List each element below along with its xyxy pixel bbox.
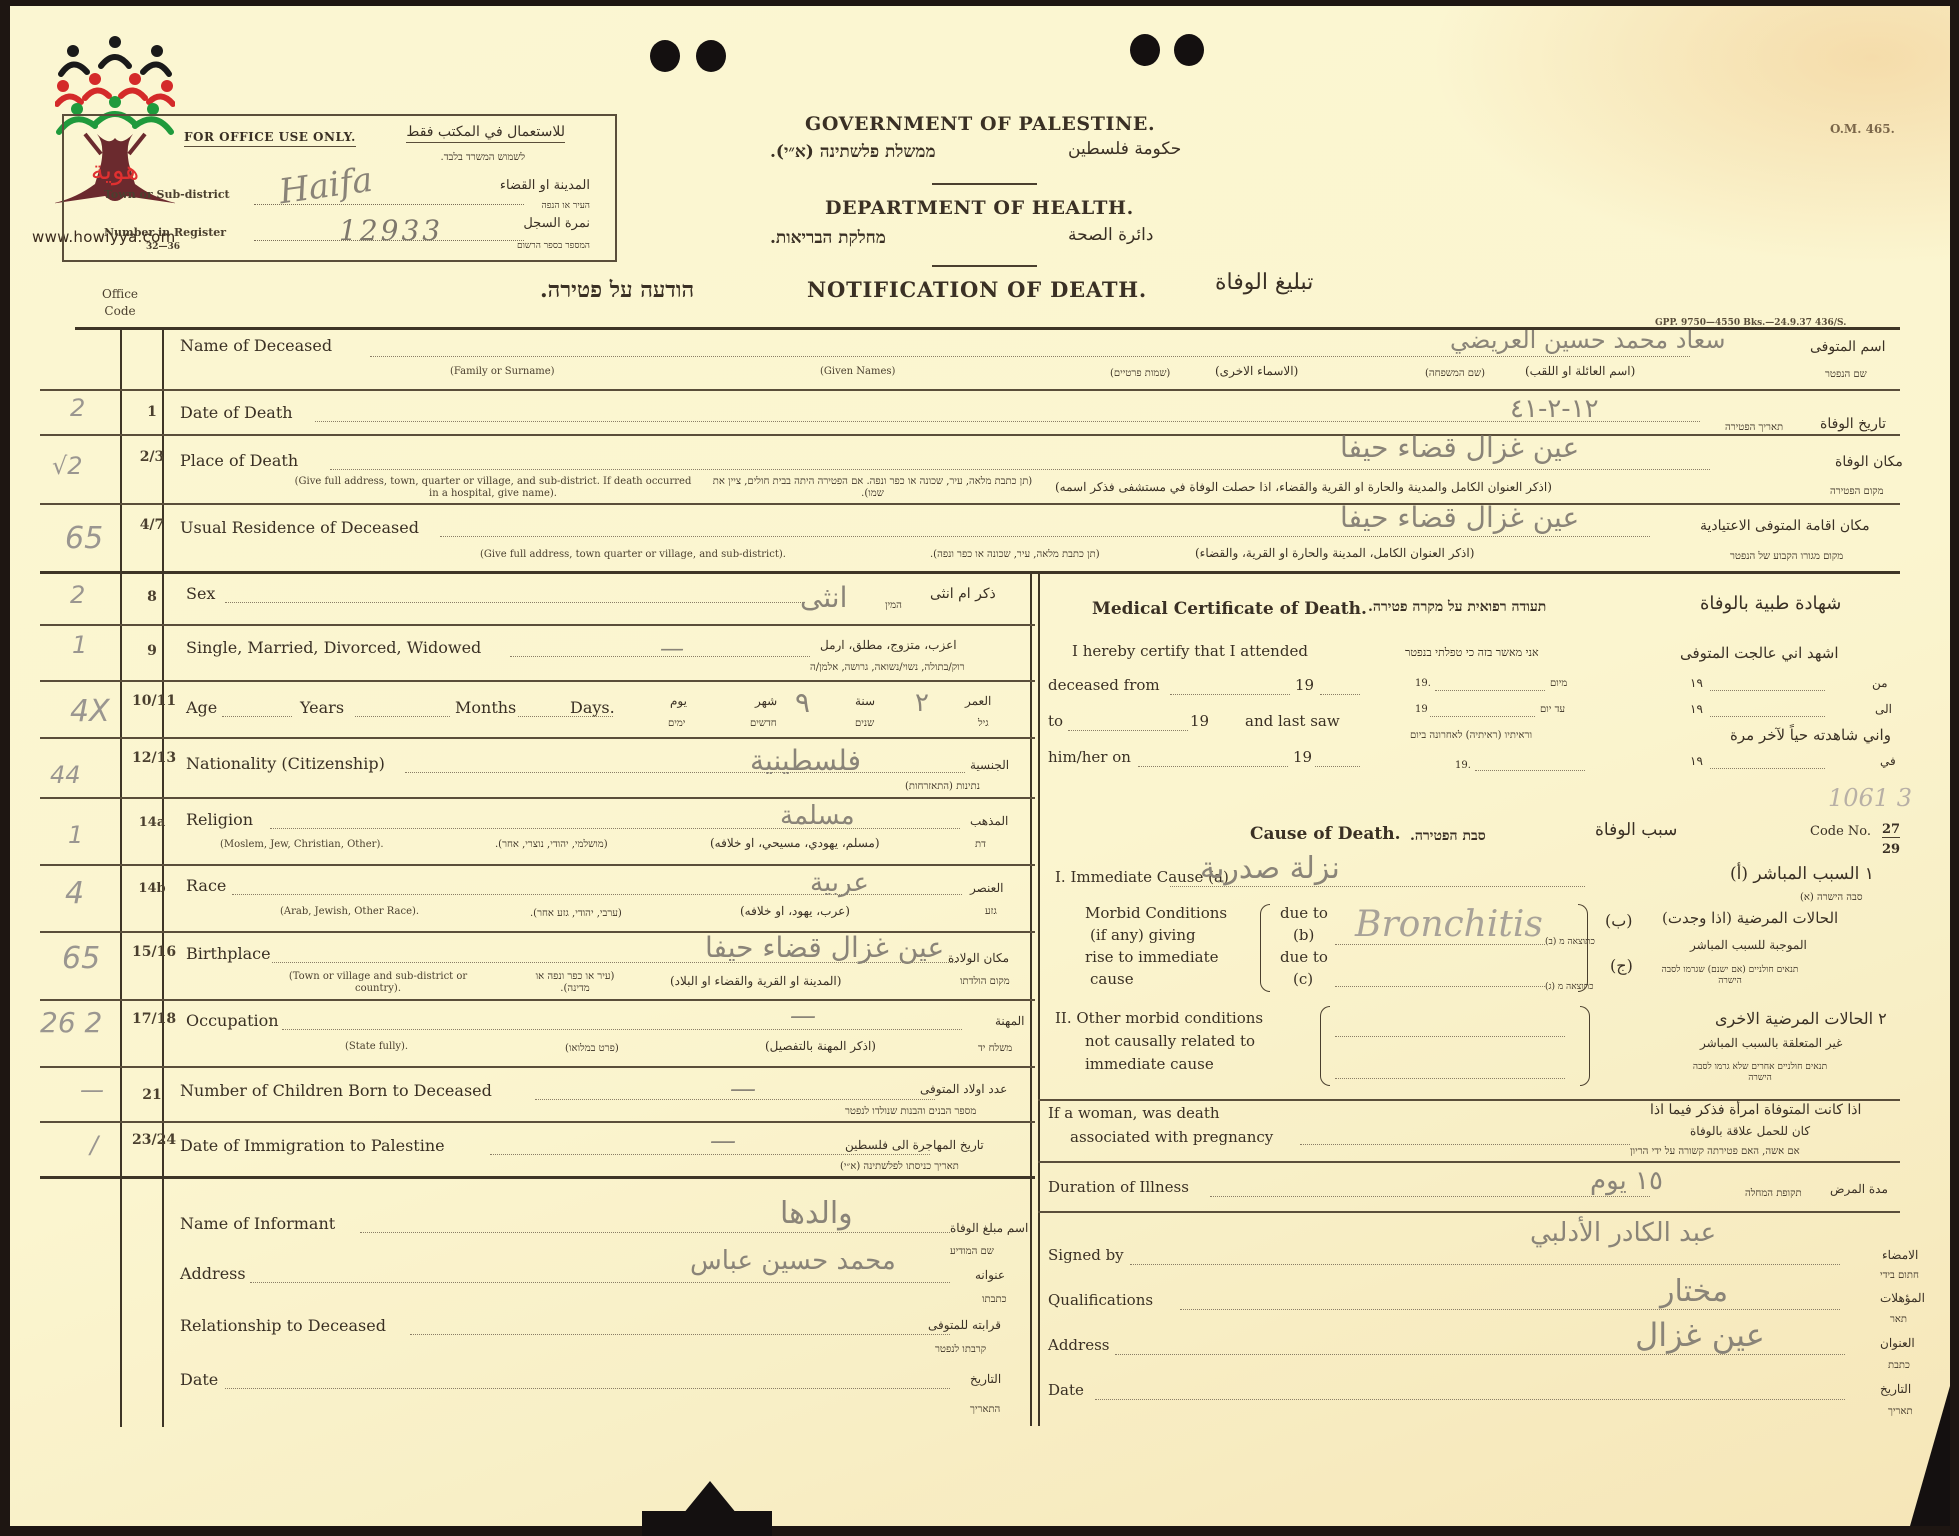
office-use-box: FOR OFFICE USE ONLY. للاستعمال في المكتب…	[62, 114, 617, 262]
duration-value[interactable]: ١٥ يوم	[1590, 1166, 1663, 1196]
pregnancy-he: אם אשה, האם פטירתה קשורה על ידי הריון	[1630, 1146, 1800, 1157]
row-label-he: משלח יד	[978, 1043, 1012, 1054]
pregnancy-ar: كان للحمل علاقة بالوفاة	[1690, 1124, 1810, 1138]
morbid-condition-value[interactable]: Bronchitis	[1355, 904, 1543, 945]
row-label-ar: ذكر ام انثى	[930, 586, 996, 602]
certify-to-he: עד יום	[1540, 704, 1565, 715]
code-no-label: Code No.	[1810, 824, 1871, 839]
certify-on-label: him/her on	[1048, 748, 1131, 766]
row-label: Race	[186, 876, 226, 895]
morbid-ar: الحالات المرضية (اذا وجدت)	[1662, 909, 1838, 927]
birthplace-value[interactable]: عين غزال قضاء حيفا	[705, 931, 944, 964]
certify-year: 19	[1295, 676, 1314, 694]
row-sub-he: (ערבי, יהודי, גזע אחר).	[530, 908, 622, 919]
row-number: 9	[132, 642, 172, 660]
due-to-label: (c)	[1293, 970, 1313, 988]
margin-note: 1	[72, 631, 87, 659]
morbid-ar: الموجبة للسبب المباشر	[1690, 938, 1807, 952]
row-number: 14a	[132, 814, 172, 832]
row-sub-ar: (اذكر المهنة بالتفصيل)	[765, 1039, 876, 1053]
row-label: Number of Children Born to Deceased	[180, 1081, 492, 1100]
due-to-label: due to	[1280, 948, 1328, 966]
certify-from-label: deceased from	[1048, 676, 1160, 694]
date-of-death-value[interactable]: ١٢-٢-٤١	[1510, 394, 1599, 424]
row-label-ar: العنصر	[970, 881, 1003, 895]
certify-last-saw-he: וראיתיו (ראיתיה) לאחרונה ביום	[1410, 730, 1532, 741]
row-sub-ar: (المدينة او القرية والقضاء او البلاد)	[670, 974, 841, 988]
row-label-he: תאריך כניסתו לפלשתינה (א״י)	[840, 1161, 959, 1172]
signer-address-he: כתבת	[1888, 1360, 1910, 1371]
relationship-label: Relationship to Deceased	[180, 1316, 386, 1335]
grid-vline	[1038, 571, 1040, 1426]
row-label: Occupation	[186, 1011, 279, 1030]
deceased-name-value[interactable]: سعاد محمد حسين العريضي	[1450, 326, 1725, 354]
row-number-text: 15/16	[132, 944, 176, 960]
age-unit: Months	[455, 698, 516, 717]
row-label: Birthplace	[186, 944, 271, 963]
informant-address-value[interactable]: محمد حسين عباس	[690, 1246, 896, 1276]
row-number-text: 4/7	[140, 517, 165, 533]
signed-by-he: חתום בידי	[1880, 1270, 1919, 1281]
informant-date-ar: التاريخ	[970, 1372, 1001, 1386]
certify-on-year-line[interactable]	[1315, 766, 1360, 767]
row-sub-he: (פרט במלואו)	[565, 1043, 619, 1054]
row-label-he: נתינות (התאזרחות)	[905, 781, 980, 792]
duration-he: תקופת המחלה	[1745, 1188, 1802, 1199]
register-label-he: המספר בספר הרשום	[517, 240, 590, 251]
pregnancy-line[interactable]	[1300, 1144, 1630, 1145]
signer-address-label: Address	[1048, 1336, 1109, 1354]
row-label: Single, Married, Divorced, Widowed	[186, 638, 481, 657]
place-of-death-value[interactable]: عين غزال قضاء حيفا	[1340, 431, 1579, 464]
row-label: Date of Death	[180, 403, 293, 422]
certify-from-he: מיום	[1550, 678, 1567, 689]
certify-year-he: .19	[1455, 760, 1471, 771]
morbid-label: Morbid Conditions	[1085, 904, 1227, 922]
brace-right	[1578, 904, 1588, 992]
divider	[932, 265, 1037, 267]
certify-on-line-he[interactable]	[1475, 770, 1585, 771]
row-label-ar: مكان اقامة المتوفى الاعتيادية	[1700, 518, 1870, 534]
children-value[interactable]: —	[730, 1074, 756, 1104]
certify-text-he: אני מאשר בזה כי טפלתי בנפטר	[1405, 646, 1539, 659]
morbid-letter-c: (ج)	[1610, 956, 1633, 975]
row-label-he: רוק/בתולה, נשוי/נשואה, גרושה, אלמן/ה	[810, 662, 965, 673]
brace-left	[1260, 904, 1270, 992]
cause-of-death-title: Cause of Death.	[1250, 824, 1401, 844]
age-unit: Days.	[570, 698, 615, 717]
certify-year-ar: ١٩	[1690, 702, 1703, 716]
margin-note: 4	[65, 876, 84, 911]
other-morbid-ar: غير المتعلقة بالسبب المباشر	[1700, 1036, 1842, 1050]
row-number: 2/3	[132, 448, 172, 466]
margin-note: √2	[52, 452, 83, 480]
row-label-ar: المذهب	[970, 814, 1008, 828]
row-number: 4/7	[132, 516, 172, 534]
row-sub-he: (עיר או כפר ונפה או מדינה).	[525, 971, 625, 995]
margin-note: /	[90, 1131, 98, 1159]
row-divider	[40, 737, 1035, 739]
brace-right	[1580, 1006, 1590, 1086]
certify-to-label: to	[1048, 712, 1063, 730]
department-title-ar: دائرة الصحة	[1068, 225, 1153, 245]
nationality-line[interactable]	[405, 772, 965, 773]
row-label-he: מספר הבנים והבנות שנולדו לנפטר	[845, 1106, 976, 1117]
row-number: 12/13	[132, 749, 172, 767]
religion-line[interactable]	[270, 828, 960, 829]
row-label-he: שם הנפטר	[1825, 369, 1867, 380]
age-unit-he: ימים	[668, 718, 685, 729]
due-to-label: due to	[1280, 904, 1328, 922]
register-label-ar: نمرة السجل	[523, 216, 590, 231]
certify-from-ar: من	[1872, 676, 1888, 690]
row-label-he: דת	[975, 839, 986, 850]
row-sub: (Give full address, town quarter or vill…	[480, 549, 786, 560]
certify-year-ar: ١٩	[1690, 754, 1703, 768]
row-number-text: 12/13	[132, 750, 176, 766]
signed-by-value[interactable]: عبد الكادر الأدلبي	[1530, 1218, 1716, 1248]
signer-address-ar: العنوان	[1880, 1336, 1915, 1350]
relationship-line[interactable]	[410, 1334, 950, 1335]
row-label-he: מקום מגורו הקבוע של הנפטר	[1730, 551, 1843, 562]
punch-hole	[696, 40, 726, 72]
informant-date-he: התאריך	[970, 1404, 1000, 1415]
office-use-title-he: לשמוש המשרד בלבד.	[441, 152, 525, 163]
certify-year: 19	[1293, 748, 1312, 766]
row-divider	[40, 864, 1035, 866]
other-morbid-label: not causally related to	[1085, 1032, 1255, 1050]
certify-on-ar: في	[1880, 754, 1896, 768]
certify-to-line[interactable]	[1068, 730, 1188, 731]
certify-year-ar: ١٩	[1690, 676, 1703, 690]
morbid-he: תנאים חולניים (אם ישנם) שגרמו לסבה הישרה	[1660, 964, 1800, 986]
government-title-he: ממשלת פלשתינה (א״י).	[770, 142, 936, 162]
register-sub: 32—36	[146, 242, 180, 252]
row-label-ar: الجنسية	[970, 758, 1009, 772]
duration-ar: مدة المرض	[1830, 1182, 1888, 1196]
sex-value[interactable]: انثى	[800, 581, 847, 614]
code-no-bottom: 29	[1882, 842, 1900, 857]
punch-hole	[1174, 34, 1204, 66]
signer-address-line[interactable]	[1115, 1354, 1845, 1355]
qualifications-he: תאר	[1890, 1314, 1907, 1325]
nationality-value[interactable]: فلسطينية	[750, 744, 861, 777]
pregnancy-ar: اذا كانت المتوفاة امرأة فذكر فيما اذا	[1650, 1102, 1861, 1118]
office-code-label: Office Code	[102, 286, 138, 320]
age-unit-ar: شهر	[755, 694, 777, 708]
row-sub: (Family or Surname)	[450, 366, 555, 377]
row-number: 21	[132, 1086, 172, 1104]
immediate-cause-he: סבה הישרה (א)	[1800, 892, 1863, 903]
age-unit: Years	[300, 698, 344, 717]
row-label-ar: تاريخ المهاجرة الى فلسطين	[845, 1138, 984, 1152]
other-morbid-ar: ٢ الحالات المرضية الاخرى	[1715, 1009, 1887, 1028]
pregnancy-label: associated with pregnancy	[1070, 1128, 1273, 1146]
qualifications-value[interactable]: مختار	[1660, 1274, 1728, 1309]
immediate-cause-line[interactable]	[1170, 886, 1585, 887]
torn-corner	[1910, 1386, 1950, 1526]
medical-certificate-title-he: תעודה רפואית על מקרה פטירה.	[1368, 599, 1546, 616]
margin-note: 65	[62, 941, 100, 976]
morbid-label: (if any) giving	[1090, 926, 1196, 944]
row-label-he: מקום הפטירה	[1830, 486, 1884, 497]
grid-vline	[120, 327, 122, 1427]
row-label: Nationality (Citizenship)	[186, 754, 385, 773]
row-sub: (Given Names)	[820, 366, 895, 377]
row-label-he: מקום הולדתו	[960, 976, 1010, 987]
torn-edge	[642, 1511, 772, 1536]
due-to-label: (b)	[1293, 926, 1314, 944]
row-label-ar: اعزب، متزوج، مطلق، ارمل	[820, 638, 957, 652]
qualifications-line[interactable]	[1180, 1309, 1840, 1310]
immigration-value[interactable]: —	[710, 1126, 736, 1156]
row-label-he: המין	[885, 600, 902, 611]
certify-on-line[interactable]	[1138, 766, 1288, 767]
age-label-he: גיל	[978, 718, 989, 729]
signed-by-ar: الامضاء	[1882, 1248, 1918, 1262]
row-number: 8	[132, 588, 172, 606]
race-value[interactable]: عربية	[810, 868, 869, 898]
certify-year-he: 19	[1415, 704, 1428, 715]
other-morbid-he: תנאים חולניים אחרים שלא גרמו לסבה הישרה	[1690, 1061, 1830, 1083]
office-code-line1: Office	[102, 286, 138, 303]
margin-note: —	[80, 1076, 104, 1104]
government-title: GOVERNMENT OF PALESTINE.	[805, 113, 1155, 135]
age-unit-ar: سنة	[855, 694, 875, 708]
office-code-line2: Code	[102, 303, 138, 320]
row-sub: (Town or village and sub-district or cou…	[278, 971, 478, 995]
register-value[interactable]: 12933	[339, 214, 443, 247]
row-number-text: 23/24	[132, 1132, 176, 1148]
row-label: Name of Deceased	[180, 336, 332, 355]
row-divider	[40, 1121, 1035, 1123]
marital-value[interactable]: —	[660, 634, 684, 662]
grid-vline	[162, 327, 164, 1427]
row-label: Age	[186, 698, 217, 717]
certify-from-year-line[interactable]	[1320, 694, 1360, 695]
margin-note: 65	[65, 521, 103, 556]
office-use-title-ar: للاستعمال في المكتب فقط	[406, 124, 565, 143]
punch-hole	[1130, 34, 1160, 66]
row-label-ar: مكان الولادة	[948, 951, 1009, 965]
government-title-ar: حكومة فلسطين	[1068, 139, 1181, 159]
other-morbid-label: II. Other morbid conditions	[1055, 1009, 1263, 1027]
age-unit-he: שנים	[855, 718, 874, 729]
row-label: Religion	[186, 810, 253, 829]
department-title: DEPARTMENT OF HEALTH.	[825, 197, 1134, 219]
morbid-label: cause	[1090, 970, 1134, 988]
form-title: NOTIFICATION OF DEATH.	[807, 277, 1147, 302]
row-divider	[40, 389, 1900, 391]
code-no-top: 27	[1882, 822, 1900, 838]
certify-from-line-he[interactable]	[1435, 690, 1545, 691]
row-divider	[40, 1066, 1035, 1068]
row-sub-he: (תן כתבת מלאה, עיר, שכונה או כפר ונפה. א…	[705, 476, 1040, 500]
cause-of-death-title-he: סבת הפטירה.	[1410, 828, 1486, 845]
age-years-line[interactable]	[222, 716, 292, 717]
certify-on-line-ar[interactable]	[1710, 768, 1825, 769]
row-label: Date of Immigration to Palestine	[180, 1136, 445, 1155]
row-label-ar: مكان الوفاة	[1835, 454, 1903, 470]
register-label: Number in Register	[104, 226, 226, 239]
morbid-label: rise to immediate	[1085, 948, 1219, 966]
row-number-text: 17/18	[132, 1011, 176, 1027]
age-months-line[interactable]	[355, 716, 450, 717]
row-label: Sex	[186, 584, 215, 603]
certify-to-line-he[interactable]	[1430, 716, 1535, 717]
signed-by-line[interactable]	[1130, 1264, 1840, 1265]
morbid-c-line[interactable]	[1335, 986, 1545, 987]
residence-line[interactable]	[440, 536, 1650, 537]
immediate-cause-ar: ١ السبب المباشر (أ)	[1730, 864, 1874, 884]
row-divider	[40, 434, 1900, 436]
row-label: Usual Residence of Deceased	[180, 518, 419, 537]
department-title-he: מחלקת הבריאות.	[770, 228, 886, 248]
margin-note: 4X	[70, 694, 110, 729]
pregnancy-label: If a woman, was death	[1048, 1104, 1220, 1122]
certify-year: 19	[1190, 712, 1209, 730]
town-label: Town or Sub-district	[104, 188, 230, 201]
row-label-ar: عدد اولاد المتوفى	[920, 1082, 1007, 1096]
relationship-he: קרבתו לנפטר	[935, 1344, 986, 1355]
row-sub-ar: (عرب، يهود، او خلافه)	[740, 904, 850, 918]
row-divider	[1038, 1211, 1900, 1213]
informant-name-label: Name of Informant	[180, 1214, 335, 1233]
qualifications-label: Qualifications	[1048, 1291, 1153, 1309]
row-label: Place of Death	[180, 451, 298, 470]
row-sub-ar: (اسم العائلة او اللقب)	[1525, 364, 1635, 378]
form-number: O.M. 465.	[1830, 122, 1895, 136]
row-label-he: תאריך הפטירה	[1725, 422, 1783, 433]
row-number: 10/11	[132, 692, 172, 710]
divider	[932, 183, 1037, 185]
row-label-ar: اسم المتوفى	[1810, 339, 1885, 355]
row-sub: (Moslem, Jew, Christian, Other).	[220, 839, 384, 850]
religion-value[interactable]: مسلمة	[780, 801, 855, 831]
age-months-value[interactable]: ٩	[795, 686, 810, 719]
town-label-ar: المدينة او القضاء	[500, 178, 590, 193]
relationship-ar: قرابته للمتوفى	[928, 1318, 1001, 1332]
margin-note: 2	[70, 581, 85, 609]
row-sub: (State fully).	[345, 1041, 408, 1052]
informant-name-line[interactable]	[360, 1232, 950, 1233]
signer-date-label: Date	[1048, 1381, 1084, 1399]
qualifications-ar: المؤهلات	[1880, 1291, 1925, 1305]
duration-label: Duration of Illness	[1048, 1178, 1189, 1196]
row-number: 1	[132, 403, 172, 421]
certify-last-saw: and last saw	[1245, 712, 1340, 730]
row-sub-he: (שם המשפחה)	[1425, 368, 1485, 379]
residence-value[interactable]: عين غزال قضاء حيفا	[1340, 501, 1579, 534]
informant-name-ar: اسم مبلغ الوفاة	[950, 1221, 1028, 1235]
informant-address-he: כתבתו	[982, 1294, 1006, 1305]
age-years-value[interactable]: ٢	[915, 688, 929, 718]
certify-text: I hereby certify that I attended	[1072, 642, 1308, 660]
certify-from-line-ar[interactable]	[1710, 690, 1825, 691]
other-morbid-line[interactable]	[1335, 1078, 1565, 1079]
date-of-death-line[interactable]	[315, 421, 1700, 422]
other-morbid-line[interactable]	[1335, 1036, 1565, 1037]
informant-name-value[interactable]: والدها	[780, 1196, 853, 1231]
row-divider	[1038, 1161, 1900, 1163]
row-number-text: 2/3	[140, 449, 165, 465]
signer-date-ar: التاريخ	[1880, 1382, 1911, 1396]
certify-text-ar: اشهد اني عالجت المتوفى	[1680, 644, 1839, 662]
row-divider	[40, 680, 1035, 682]
row-sub-he: (תן כתבת מלאה, עיר, שכונה או כפר ונפה).	[930, 549, 1100, 560]
sex-line[interactable]	[225, 602, 805, 603]
name-field-line[interactable]	[370, 356, 1690, 357]
row-number: 14b	[132, 880, 172, 898]
certify-last-saw-ar: واني شاهدته حياً لآخر مرة	[1730, 726, 1891, 744]
punch-hole	[650, 40, 680, 72]
town-label-he: העיר או הנפה	[542, 200, 590, 211]
duration-line[interactable]	[1210, 1196, 1650, 1197]
signed-by-label: Signed by	[1048, 1246, 1124, 1264]
occupation-line[interactable]	[282, 1029, 962, 1030]
row-sub-ar: (مسلم، يهودي، مسيحي، او خلافه)	[710, 836, 880, 850]
row-label-ar: تاريخ الوفاة	[1820, 416, 1886, 432]
informant-date-label: Date	[180, 1370, 218, 1389]
certify-to-line-ar[interactable]	[1710, 716, 1825, 717]
stamp-number: 1061 3	[1828, 784, 1912, 812]
margin-note: 2	[70, 394, 85, 422]
informant-address-ar: عنوانه	[975, 1268, 1005, 1282]
row-sub-ar: (الاسماء الاخرى)	[1215, 364, 1298, 378]
place-of-death-line[interactable]	[330, 469, 1710, 470]
row-divider	[40, 571, 1900, 574]
margin-note: 44	[50, 761, 81, 789]
row-label-he: גזע	[985, 906, 997, 917]
other-morbid-label: immediate cause	[1085, 1055, 1214, 1073]
signer-address-value[interactable]: عين غزال	[1635, 1316, 1765, 1354]
form-title-he: הודעה על פטירה.	[540, 277, 694, 303]
row-number-text: 10/11	[132, 693, 176, 709]
cause-of-death-title-ar: سبب الوفاة	[1595, 820, 1677, 840]
immediate-cause-value[interactable]: نزلة صدرية	[1200, 851, 1340, 886]
certify-to-ar: الى	[1875, 702, 1892, 716]
informant-date-line[interactable]	[225, 1388, 950, 1389]
form-title-ar: تبليغ الوفاة	[1215, 270, 1313, 295]
row-sub: (Arab, Jewish, Other Race).	[280, 906, 419, 917]
row-divider	[40, 797, 1035, 799]
death-certificate-form: هوية www.howiyya.com FOR OFFICE USE ONLY…	[10, 6, 1950, 1526]
row-label-ar: المهنة	[995, 1014, 1025, 1028]
certify-from-line[interactable]	[1170, 694, 1290, 695]
row-number: 15/16	[132, 943, 172, 961]
row-sub-ar: (اذكر العنوان الكامل والمدينة والحارة او…	[1055, 480, 1552, 494]
age-label-ar: العمر	[965, 694, 991, 708]
signer-date-he: תאריך	[1888, 1406, 1913, 1417]
row-divider	[40, 503, 1900, 505]
row-divider	[40, 999, 1035, 1001]
certify-year-he: .19	[1415, 678, 1431, 689]
occupation-value[interactable]: —	[790, 1001, 816, 1031]
age-unit-he: חדשים	[750, 718, 777, 729]
row-divider	[1038, 1099, 1900, 1101]
margin-note: 26 2	[40, 1006, 102, 1039]
medical-certificate-title-ar: شهادة طبية بالوفاة	[1700, 593, 1841, 614]
medical-certificate-title: Medical Certificate of Death.	[1092, 599, 1367, 619]
informant-name-he: שם המודיע	[950, 1246, 994, 1257]
signer-date-line[interactable]	[1095, 1399, 1845, 1400]
morbid-letter-b: (ب)	[1605, 911, 1633, 930]
row-sub-he: (שמות פרטיים)	[1110, 368, 1170, 379]
row-number: 17/18	[132, 1010, 172, 1028]
age-unit-ar: يوم	[670, 694, 687, 708]
informant-address-line[interactable]	[250, 1282, 950, 1283]
informant-address-label: Address	[180, 1264, 246, 1283]
